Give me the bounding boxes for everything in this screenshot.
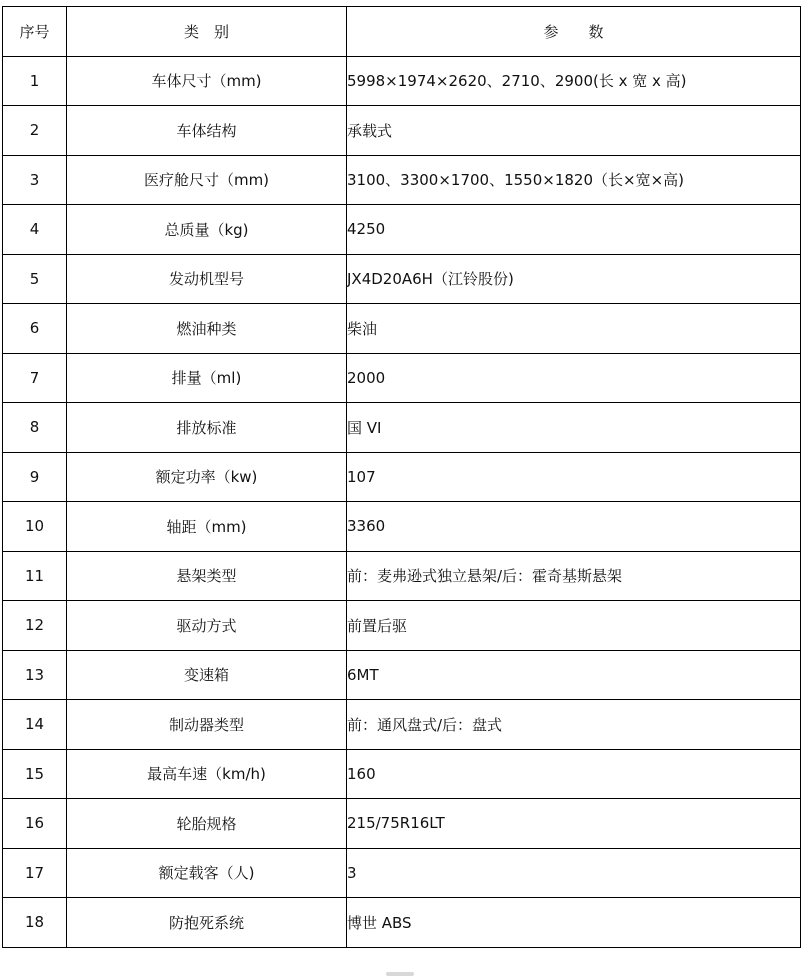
table-row: 6燃油种类柴油 (3, 304, 801, 354)
row-category: 燃油种类 (67, 304, 347, 354)
table-row: 7排量（ml)2000 (3, 353, 801, 403)
row-value: 前：麦弗逊式独立悬架/后：霍奇基斯悬架 (347, 551, 801, 601)
row-index: 16 (3, 799, 67, 849)
table-row: 10轴距（mm)3360 (3, 502, 801, 552)
table-row: 5发动机型号JX4D20A6H（江铃股份) (3, 254, 801, 304)
row-index: 18 (3, 898, 67, 948)
row-value: 3100、3300×1700、1550×1820（长×宽×高) (347, 155, 801, 205)
row-value: 107 (347, 452, 801, 502)
row-category: 轮胎规格 (67, 799, 347, 849)
table-row: 15最高车速（km/h)160 (3, 749, 801, 799)
row-index: 13 (3, 650, 67, 700)
spec-table: 序号 类 别 参 数 1车体尺寸（mm)5998×1974×2620、2710、… (2, 6, 801, 948)
row-value: 160 (347, 749, 801, 799)
row-value: 3 (347, 848, 801, 898)
row-index: 10 (3, 502, 67, 552)
table-row: 13变速箱6MT (3, 650, 801, 700)
row-category: 额定载客（人) (67, 848, 347, 898)
row-category: 发动机型号 (67, 254, 347, 304)
row-index: 2 (3, 106, 67, 156)
row-index: 6 (3, 304, 67, 354)
row-value: JX4D20A6H（江铃股份) (347, 254, 801, 304)
row-index: 1 (3, 56, 67, 106)
row-index: 4 (3, 205, 67, 255)
row-index: 3 (3, 155, 67, 205)
row-value: 承载式 (347, 106, 801, 156)
row-category: 驱动方式 (67, 601, 347, 651)
row-value: 6MT (347, 650, 801, 700)
row-category: 额定功率（kw) (67, 452, 347, 502)
header-category: 类 别 (67, 7, 347, 57)
row-index: 7 (3, 353, 67, 403)
row-value: 5998×1974×2620、2710、2900(长 x 宽 x 高) (347, 56, 801, 106)
row-category: 轴距（mm) (67, 502, 347, 552)
row-index: 8 (3, 403, 67, 453)
table-row: 16轮胎规格215/75R16LT (3, 799, 801, 849)
row-value: 国 VI (347, 403, 801, 453)
row-index: 15 (3, 749, 67, 799)
row-index: 5 (3, 254, 67, 304)
row-category: 制动器类型 (67, 700, 347, 750)
table-row: 8排放标准国 VI (3, 403, 801, 453)
row-category: 悬架类型 (67, 551, 347, 601)
table-row: 14制动器类型前：通风盘式/后：盘式 (3, 700, 801, 750)
row-category: 防抱死系统 (67, 898, 347, 948)
table-row: 9额定功率（kw)107 (3, 452, 801, 502)
table-body: 1车体尺寸（mm)5998×1974×2620、2710、2900(长 x 宽 … (3, 56, 801, 947)
row-value: 前：通风盘式/后：盘式 (347, 700, 801, 750)
row-index: 11 (3, 551, 67, 601)
row-category: 总质量（kg) (67, 205, 347, 255)
table-row: 2车体结构承载式 (3, 106, 801, 156)
row-category: 变速箱 (67, 650, 347, 700)
row-value: 柴油 (347, 304, 801, 354)
table-row: 1车体尺寸（mm)5998×1974×2620、2710、2900(长 x 宽 … (3, 56, 801, 106)
row-value: 2000 (347, 353, 801, 403)
row-value: 博世 ABS (347, 898, 801, 948)
row-index: 9 (3, 452, 67, 502)
row-category: 最高车速（km/h) (67, 749, 347, 799)
table-row: 18防抱死系统博世 ABS (3, 898, 801, 948)
table-header-row: 序号 类 别 参 数 (3, 7, 801, 57)
row-category: 车体结构 (67, 106, 347, 156)
header-value: 参 数 (347, 7, 801, 57)
row-index: 17 (3, 848, 67, 898)
row-category: 排放标准 (67, 403, 347, 453)
row-index: 14 (3, 700, 67, 750)
table-row: 11悬架类型前：麦弗逊式独立悬架/后：霍奇基斯悬架 (3, 551, 801, 601)
table-row: 4总质量（kg)4250 (3, 205, 801, 255)
table-row: 17额定载客（人)3 (3, 848, 801, 898)
row-value: 4250 (347, 205, 801, 255)
scroll-indicator (386, 972, 414, 976)
row-value: 3360 (347, 502, 801, 552)
row-value: 215/75R16LT (347, 799, 801, 849)
table-row: 12驱动方式前置后驱 (3, 601, 801, 651)
row-category: 排量（ml) (67, 353, 347, 403)
row-index: 12 (3, 601, 67, 651)
row-category: 车体尺寸（mm) (67, 56, 347, 106)
row-category: 医疗舱尺寸（mm) (67, 155, 347, 205)
row-value: 前置后驱 (347, 601, 801, 651)
table-row: 3医疗舱尺寸（mm)3100、3300×1700、1550×1820（长×宽×高… (3, 155, 801, 205)
header-index: 序号 (3, 7, 67, 57)
